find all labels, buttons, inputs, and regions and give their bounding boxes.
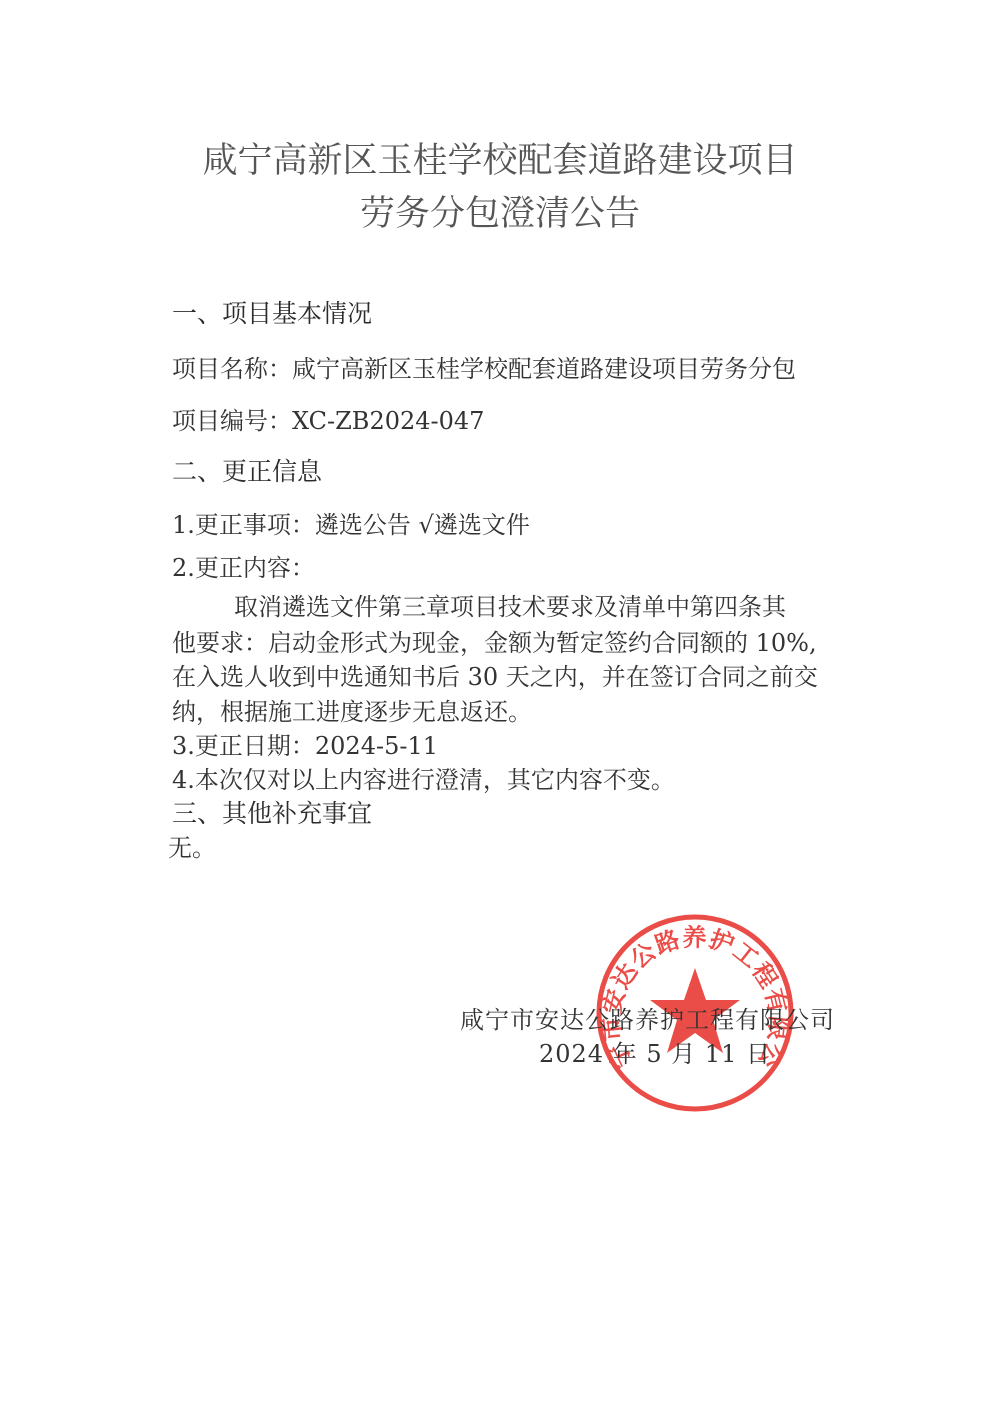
project-number: 项目编号：XC-ZB2024-047 (172, 401, 484, 436)
correction-content-line: 取消遴选文件第三章项目技术要求及清单中第四条其 (234, 587, 786, 622)
section1-heading: 一、项目基本情况 (172, 294, 372, 330)
correction-item1: 1.更正事项：遴选公告 √遴选文件 (172, 505, 530, 540)
section3-heading: 三、其他补充事宜 (172, 794, 372, 830)
correction-content-line: 纳，根据施工进度逐步无息返还。 (172, 692, 532, 727)
correction-item2-label: 2.更正内容： (172, 548, 315, 583)
correction-content-line: 在入选人收到中选通知书后 30 天之内，并在签订合同之前交 (172, 657, 818, 692)
document-title-line2: 劳务分包澄清公告 (0, 186, 1000, 236)
correction-content-line: 他要求：启动金形式为现金，金额为暂定签约合同额的 10%, (172, 623, 817, 658)
section3-content: 无。 (168, 828, 216, 863)
project-name: 项目名称：咸宁高新区玉桂学校配套道路建设项目劳务分包 (172, 349, 796, 384)
correction-date: 3.更正日期：2024-5-11 (172, 726, 438, 761)
section2-heading: 二、更正信息 (172, 452, 322, 488)
signature-date: 2024 年 5 月 11 日 (539, 1034, 771, 1069)
document-title-line1: 咸宁高新区玉桂学校配套道路建设项目 (0, 133, 1000, 183)
signature-company: 咸宁市安达公路养护工程有限公司 (460, 1000, 835, 1035)
correction-note: 4.本次仅对以上内容进行澄清，其它内容不变。 (172, 760, 675, 795)
